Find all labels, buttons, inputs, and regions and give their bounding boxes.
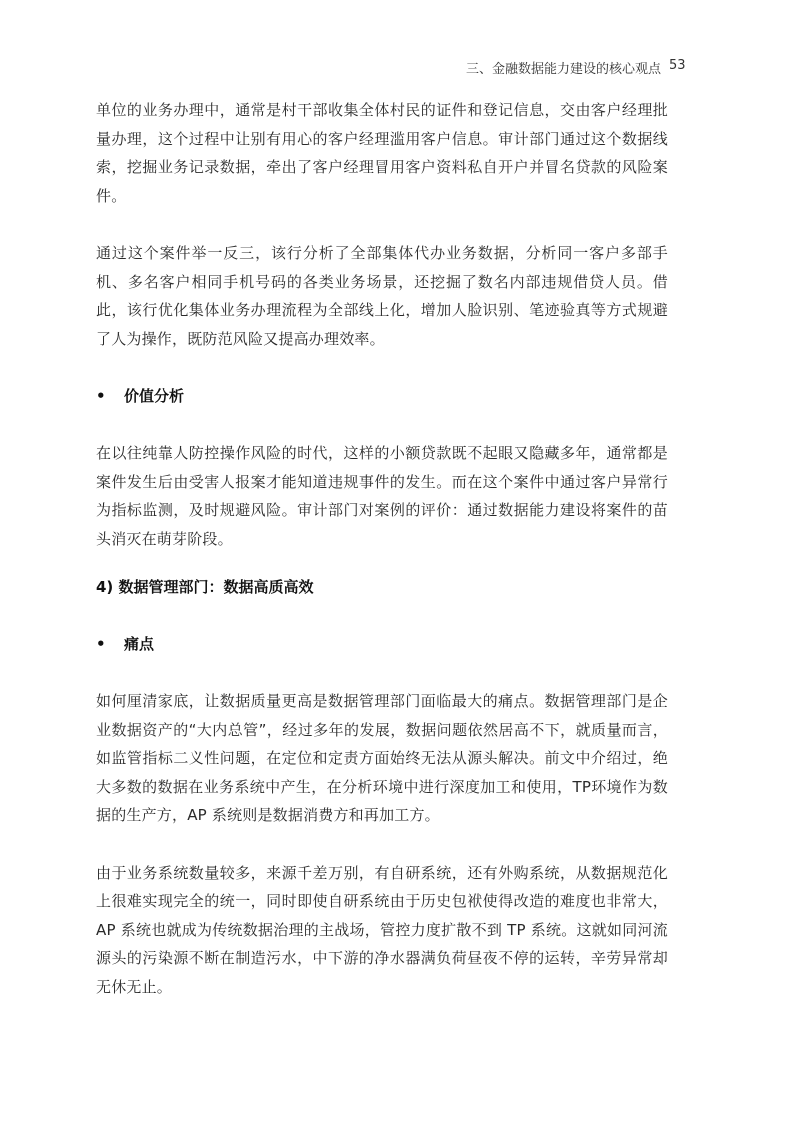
paragraph-2: 通过这个案件举一反三，该行分析了全部集体代办业务数据，分析同一客户多部手机、多名… <box>96 239 668 353</box>
bullet-icon: • <box>96 630 124 658</box>
bullet-heading-value-analysis: • 价值分析 <box>96 382 668 410</box>
section-heading-data-management: 4) 数据管理部门：数据高质高效 <box>96 573 668 601</box>
page-number: 53 <box>669 58 686 73</box>
page-header: 三、金融数据能力建设的核心观点 53 <box>0 58 793 78</box>
paragraph-4: 如何厘清家底，让数据质量更高是数据管理部门面临最大的痛点。数据管理部门是企业数据… <box>96 687 668 830</box>
paragraph-5: 由于业务系统数量较多，来源千差万别，有自研系统，还有外购系统，从数据规范化上很难… <box>96 859 668 1002</box>
page-body: 单位的业务办理中，通常是村干部收集全体村民的证件和登记信息，交由客户经理批量办理… <box>96 96 668 1001</box>
paragraph-3: 在以往纯靠人防控操作风险的时代，这样的小额贷款既不起眼又隐藏多年，通常都是案件发… <box>96 439 668 553</box>
chapter-title: 三、金融数据能力建设的核心观点 <box>466 58 661 77</box>
bullet-icon: • <box>96 382 124 410</box>
bullet-heading-pain-points: • 痛点 <box>96 630 668 658</box>
bullet-label: 痛点 <box>124 630 154 658</box>
paragraph-1: 单位的业务办理中，通常是村干部收集全体村民的证件和登记信息，交由客户经理批量办理… <box>96 96 668 210</box>
bullet-label: 价值分析 <box>124 382 184 410</box>
